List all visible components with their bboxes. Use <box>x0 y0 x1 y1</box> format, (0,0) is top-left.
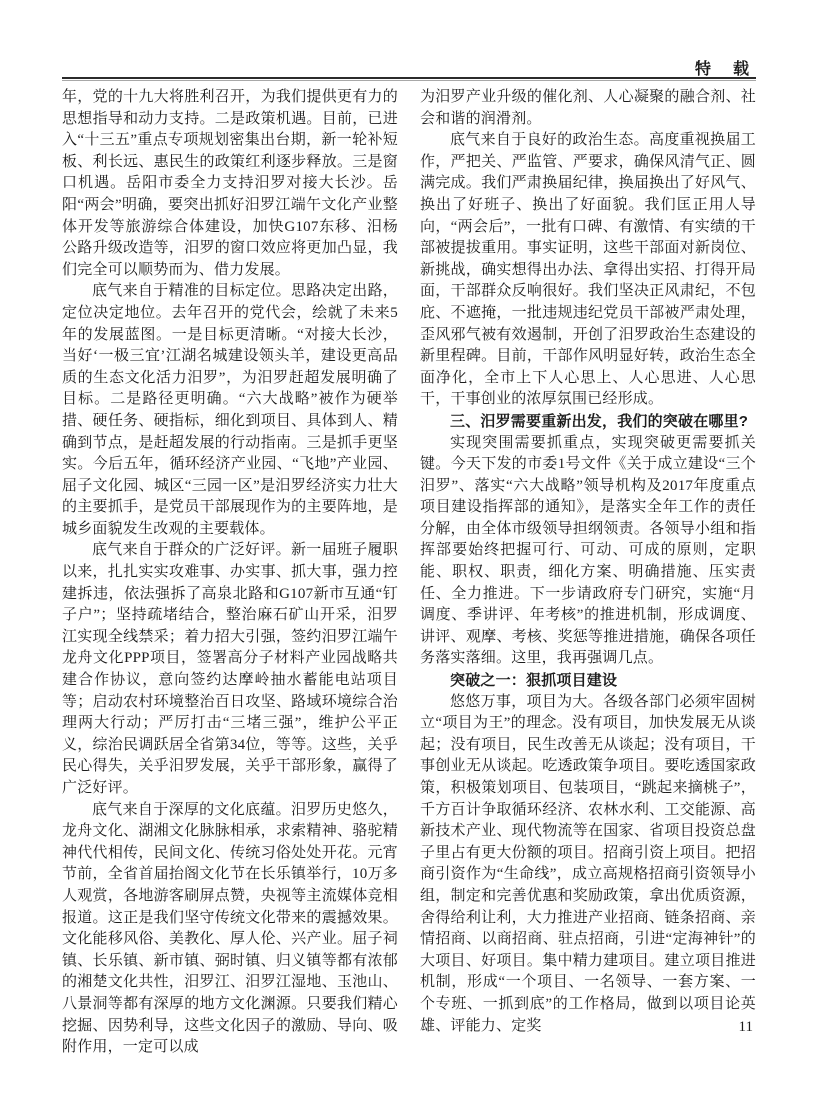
header-rule-shadow <box>62 80 756 81</box>
header-rule <box>62 77 756 79</box>
page-number: 11 <box>739 1019 753 1036</box>
body-paragraph: 为汨罗产业升级的催化剂、人心凝聚的融合剂、社会和谐的润滑剂。 <box>420 87 756 130</box>
section-heading: 突破之一：狠抓项目建设 <box>420 670 756 692</box>
body-paragraph: 底气来自于群众的广泛好评。新一届班子履职以来，扎扎实实攻难事、办实事、抓大事，强… <box>62 540 398 799</box>
document-page: 特 载 年，党的十九大将胜利召开，为我们提供更有力的思想指导和动力支持。二是政策… <box>0 0 816 1099</box>
body-paragraph: 底气来自于良好的政治生态。高度重视换届工作，严把关、严监管、严要求，确保风清气正… <box>420 130 756 411</box>
section-heading: 三、汨罗需要重新出发，我们的突破在哪里? <box>420 411 756 433</box>
body-paragraph: 悠悠万事，项目为大。各级各部门必须牢固树立“项目为王”的理念。没有项目，加快发展… <box>420 692 756 1038</box>
body-paragraph: 底气来自于精准的目标定位。思路决定出路，定位决定地位。去年召开的党代会，绘就了未… <box>62 281 398 540</box>
text-column-right: 为汨罗产业升级的催化剂、人心凝聚的融合剂、社会和谐的润滑剂。底气来自于良好的政治… <box>420 87 756 1037</box>
body-paragraph: 实现突围需要抓重点，实现突破更需要抓关键。今天下发的市委1号文件《关于成立建设“… <box>420 433 756 671</box>
body-paragraph: 年，党的十九大将胜利召开，为我们提供更有力的思想指导和动力支持。二是政策机遇。目… <box>62 87 398 281</box>
body-paragraph: 底气来自于深厚的文化底蕴。汨罗历史悠久，龙舟文化、湖湘文化脉脉相承，求索精神、骆… <box>62 800 398 1059</box>
text-column-left: 年，党的十九大将胜利召开，为我们提供更有力的思想指导和动力支持。二是政策机遇。目… <box>62 87 398 1059</box>
running-head: 特 载 <box>695 56 752 79</box>
